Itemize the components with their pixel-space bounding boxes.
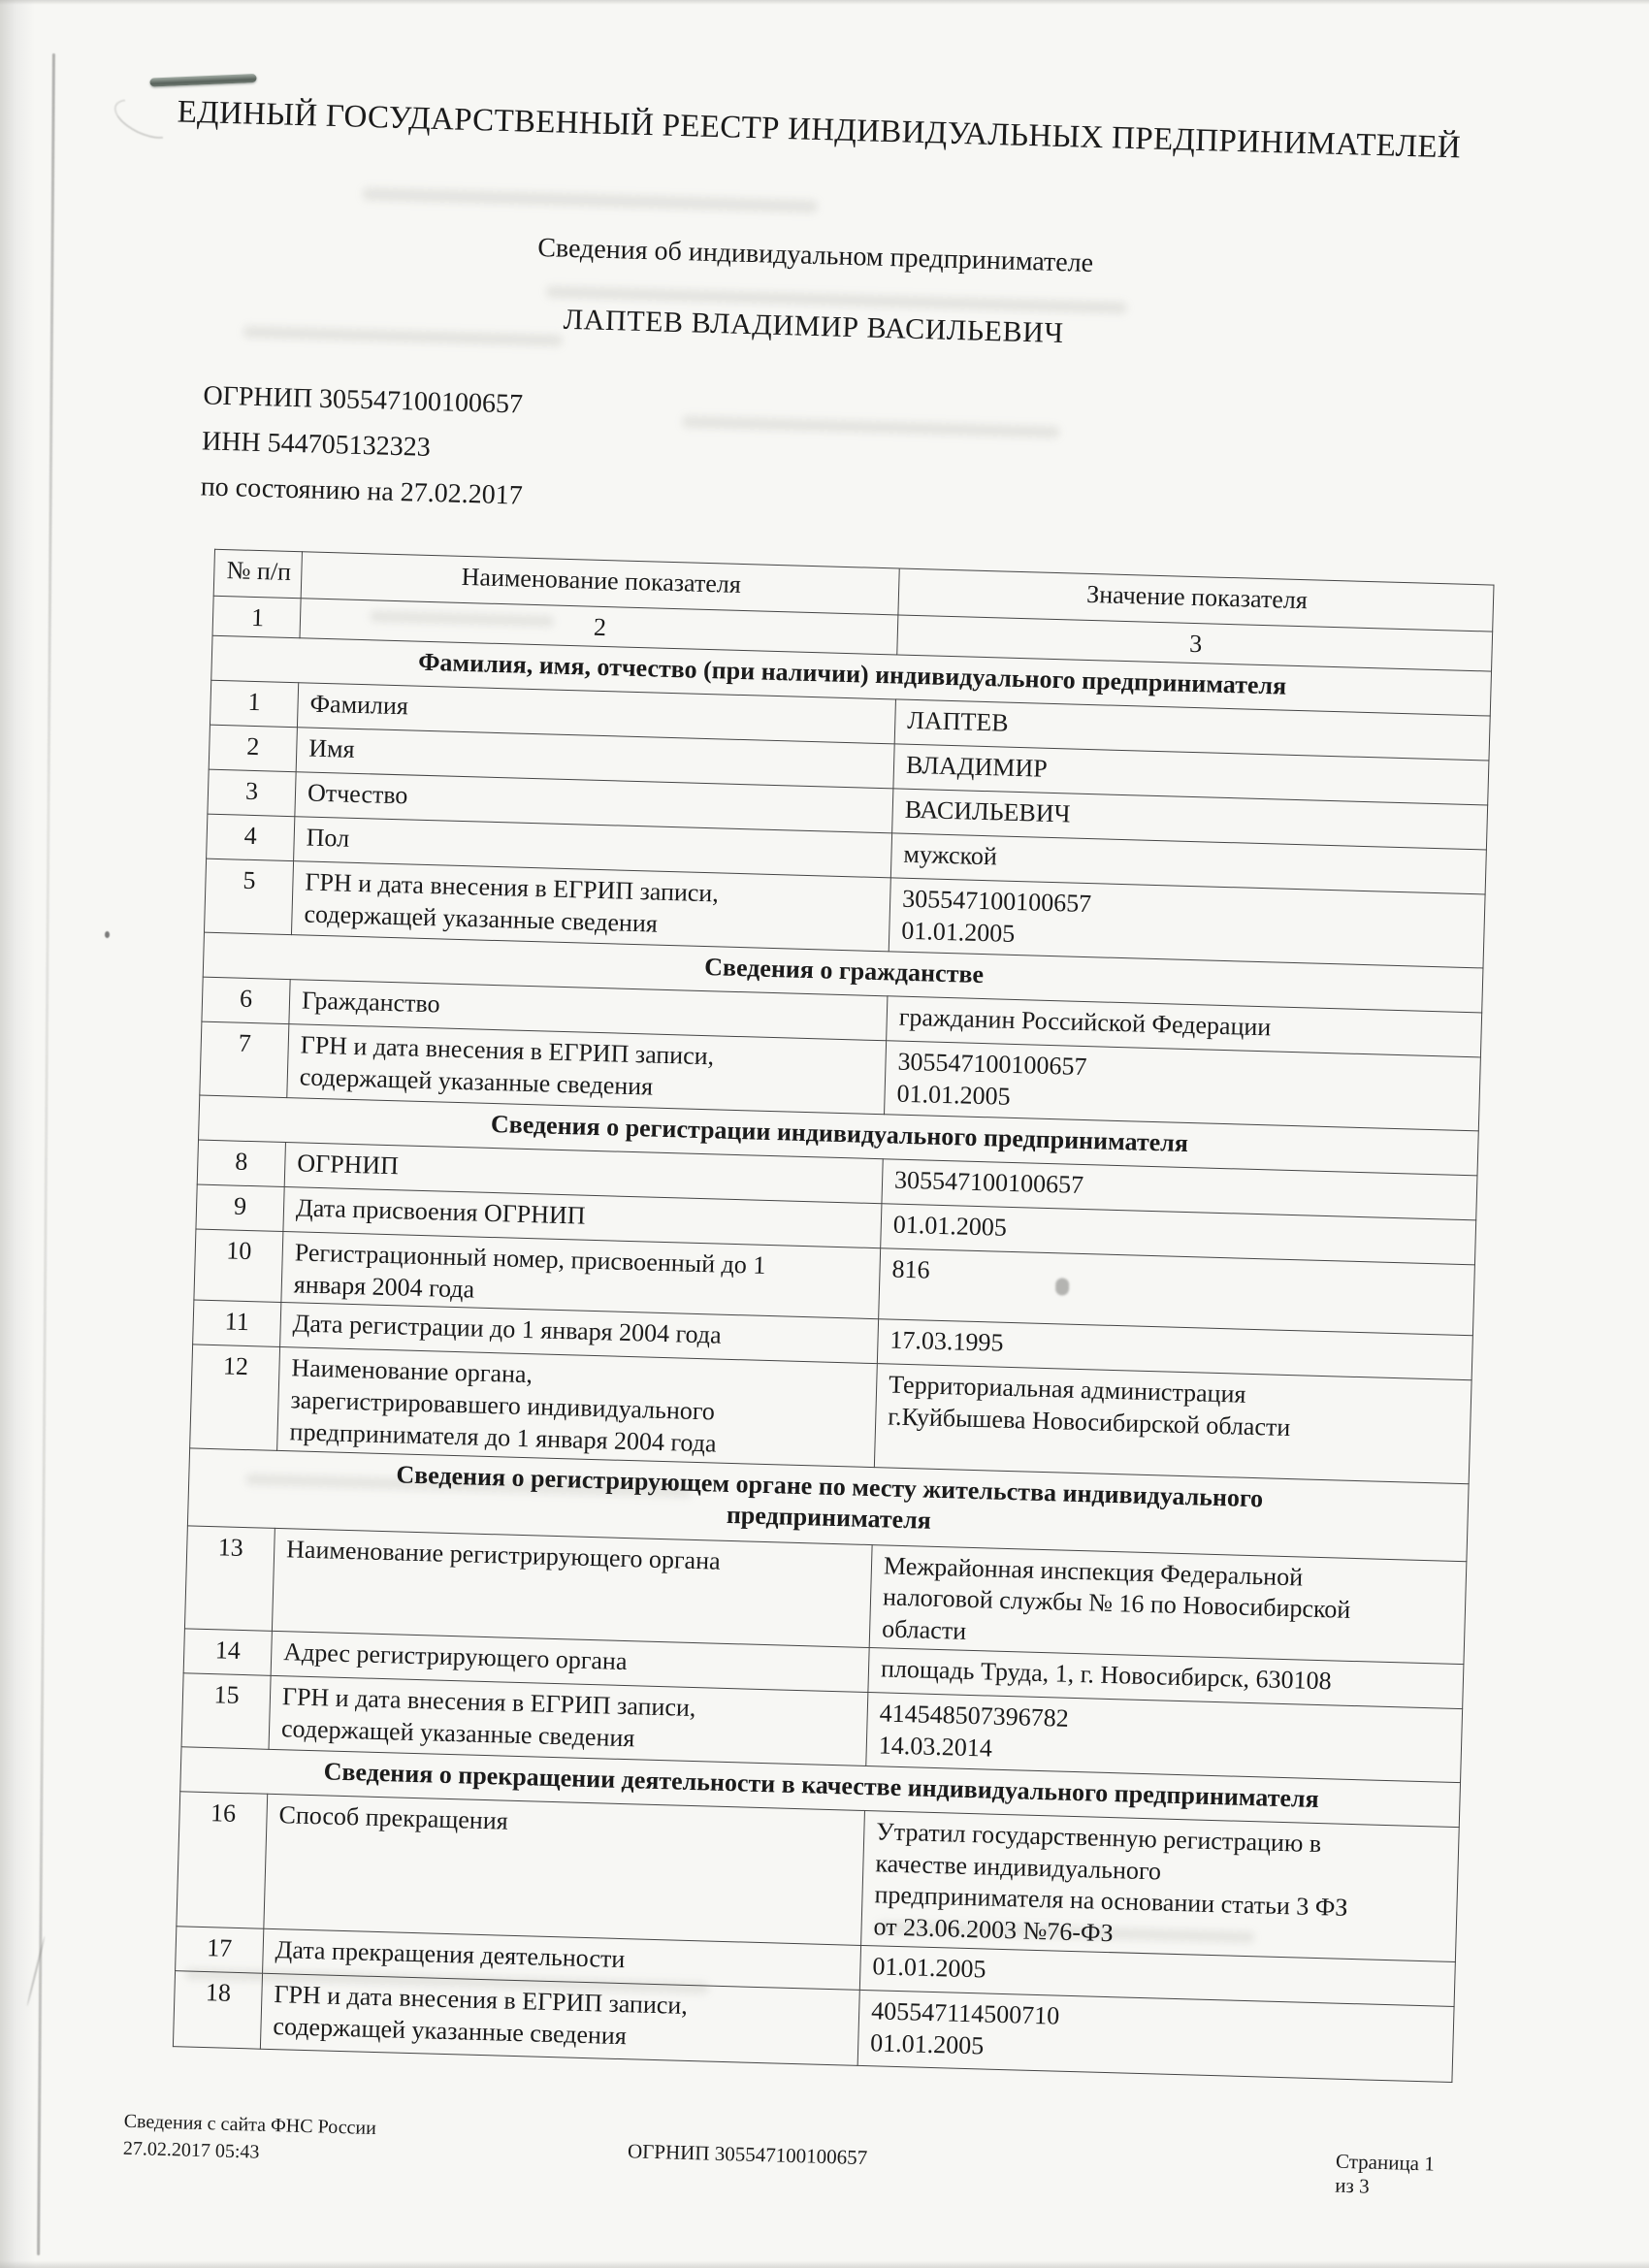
egrip-table-wrapper: № п/п Наименование показателя Значение п…: [173, 549, 1495, 2083]
indicator-value-cell: 405547114500710 01.01.2005: [857, 1990, 1454, 2082]
scanned-document-page: { "document": { "title": "ЕДИНЫЙ ГОСУДАР…: [0, 0, 1649, 2268]
bleedthrough-artifact: [682, 415, 1060, 438]
footer-page-number: Страница 1 из 3: [1335, 2150, 1437, 2201]
row-num-cell: 3: [208, 769, 296, 816]
col-header-num: № п/п: [213, 549, 302, 598]
row-num-cell: 16: [177, 1792, 268, 1928]
egrip-table: № п/п Наименование показателя Значение п…: [173, 549, 1495, 2083]
row-num-cell: 14: [183, 1629, 272, 1675]
row-num-cell: 1: [210, 680, 298, 727]
row-num-cell: 18: [173, 1970, 262, 2048]
document-page: ЕДИНЫЙ ГОСУДАРСТВЕННЫЙ РЕЕСТР ИНДИВИДУАЛ…: [145, 88, 1494, 136]
paper-edge-line: [37, 53, 55, 2255]
scan-top-shade: [0, 0, 1649, 5]
row-num-cell: 2: [209, 725, 297, 771]
row-num-cell: 5: [204, 859, 293, 934]
row-num-cell: 10: [194, 1229, 283, 1303]
row-num-cell: 8: [197, 1140, 285, 1186]
row-num-cell: 12: [190, 1345, 280, 1450]
footer-source: Сведения с сайта ФНС России 27.02.2017 0…: [123, 2108, 377, 2169]
row-num-cell: 4: [207, 814, 295, 860]
document-subtitle: Сведения об индивидуальном предпринимате…: [142, 222, 1490, 291]
staple-icon: [149, 74, 256, 87]
indicator-name-cell: Способ прекращения: [264, 1794, 865, 1945]
document-title: ЕДИНЫЙ ГОСУДАРСТВЕННЫЙ РЕЕСТР ИНДИВИДУАЛ…: [145, 94, 1493, 168]
document-requisites: ОГРНИП 305547100100657 ИНН 544705132323 …: [200, 373, 526, 518]
row-num-cell: 17: [176, 1926, 264, 1972]
row-num-cell: 11: [193, 1300, 281, 1346]
row-num-cell: 6: [202, 977, 290, 1023]
indicator-value-cell: Территориальная администрация г.Куйбышев…: [874, 1364, 1471, 1483]
row-num-cell: 15: [181, 1673, 271, 1749]
indicator-value-cell: Утратил государственную регистрацию в ка…: [861, 1810, 1460, 1961]
indicator-value-cell: Межрайонная инспекция Федеральной налого…: [869, 1544, 1467, 1664]
indicator-name-cell: Наименование органа, зарегистрировавшего…: [277, 1347, 878, 1467]
ink-speck: [105, 931, 110, 938]
row-num-cell: 7: [200, 1021, 289, 1097]
row-num-cell: 9: [196, 1184, 284, 1231]
col-number-cell: 1: [212, 596, 301, 637]
as-of-line: по состоянию на 27.02.2017: [200, 464, 523, 518]
row-num-cell: 13: [184, 1525, 275, 1631]
indicator-name-cell: Наименование регистрирующего органа: [272, 1528, 872, 1647]
scan-left-shade: [0, 0, 35, 2268]
indicator-name-cell: ГРН и дата внесения в ЕГРИП записи, соде…: [260, 1973, 859, 2065]
bleedthrough-artifact: [362, 187, 818, 213]
footer-ogrnip: ОГРНИП 305547100100657: [628, 2139, 868, 2170]
scan-bottom-shade: [0, 2260, 1649, 2268]
